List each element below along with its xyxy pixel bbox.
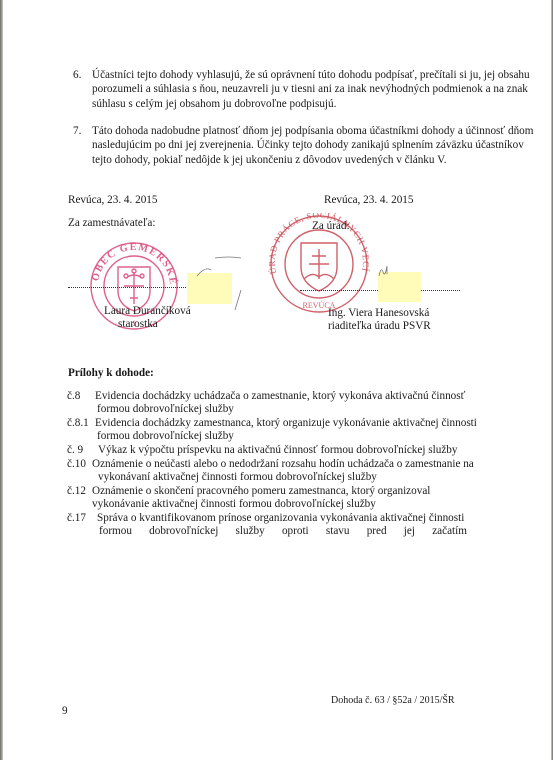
signature-stroke-icon — [376, 262, 396, 282]
attachment-item: Evidencia dochádzky zamestnanca, ktorý o… — [95, 417, 467, 444]
attachment-item: Oznámenie o neúčasti alebo o nedodržaní … — [92, 458, 467, 485]
clause-line: Účastníci tejto dohody vyhlasujú, že sú … — [92, 68, 504, 82]
attachment-number: č.17 — [67, 512, 86, 525]
attachment-number: č.8.1 — [67, 417, 89, 430]
attachment-item: Výkaz k výpočtu príspevku na aktivačnú č… — [98, 444, 470, 457]
office-signatory-title: riaditeľka úradu PSVR — [328, 319, 431, 333]
attachment-item: Správa o kvantifikovanom prínose organiz… — [97, 512, 467, 539]
employer-signature-line — [68, 287, 188, 288]
clause-number: 7. — [73, 124, 81, 138]
agreement-reference: Dohoda č. 63 / §52a / 2015/ŠR — [331, 694, 455, 708]
clause-line: Táto dohoda nadobudne platnosť dňom jej … — [92, 124, 504, 138]
signature-stroke-icon — [195, 254, 245, 314]
office-label: Za úrad: — [312, 219, 350, 233]
attachments-heading: Prílohy k dohode: — [68, 366, 154, 380]
clause-number: 6. — [73, 68, 81, 82]
clause-line: tejto dohody, pokiaľ nedôjde k jej ukonč… — [92, 153, 504, 167]
attachment-number: č.10 — [67, 458, 86, 471]
clause-line: nasledujúcim po dni jej zverejnenia. Úči… — [92, 138, 504, 152]
employer-signatory-title: starostka — [118, 317, 158, 331]
attachment-item: Evidencia dochádzky uchádzača o zamestna… — [95, 390, 467, 417]
attachment-number: č. 9 — [67, 444, 83, 457]
office-place-date: Revúca, 23. 4. 2015 — [324, 193, 413, 207]
attachment-item: Oznámenie o skončení pracovného pomeru z… — [92, 485, 467, 512]
clause-6-text: Účastníci tejto dohody vyhlasujú, že sú … — [92, 68, 504, 111]
attachment-number: č.8 — [67, 390, 80, 403]
scan-edge-left — [0, 0, 3, 760]
employer-label: Za zamestnávateľa: — [68, 216, 155, 230]
clause-line: súhlasu s celým jej obsahom ju dobrovoľn… — [92, 97, 504, 111]
clause-line: porozumeli a súhlasia s ňou, neuzavreli … — [92, 82, 504, 96]
attachment-number: č.12 — [67, 485, 86, 498]
employer-place-date: Revúca, 23. 4. 2015 — [68, 193, 157, 207]
page-number: 9 — [62, 704, 68, 718]
clause-7-text: Táto dohoda nadobudne platnosť dňom jej … — [92, 124, 504, 167]
